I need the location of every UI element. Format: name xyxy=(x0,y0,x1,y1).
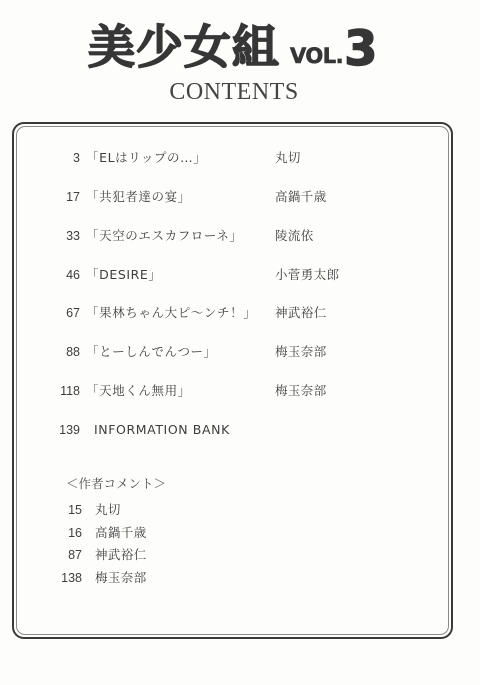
comment-page-number: 87 xyxy=(42,545,82,565)
comment-page-number: 15 xyxy=(42,500,82,520)
toc-story-title: 「とーしんでんつー」 xyxy=(86,342,217,362)
toc-story-title: 「ELはリップの…」 xyxy=(86,148,206,168)
toc-page-number: 3 xyxy=(40,148,80,168)
toc-entry[interactable]: 88 「とーしんでんつー」 梅玉奈部 xyxy=(0,342,480,362)
toc-author: 小菅勇太郎 xyxy=(275,265,340,285)
contents-heading: CONTENTS xyxy=(0,79,468,106)
toc-page-number: 46 xyxy=(40,265,80,285)
toc-entry[interactable]: 46 「DESIRE」 小菅勇太郎 xyxy=(0,265,480,285)
comment-entry[interactable]: 87 神武裕仁 xyxy=(0,545,480,565)
comment-entry[interactable]: 16 高鍋千歳 xyxy=(0,523,480,543)
toc-story-title: 「果林ちゃん大ピ〜ンチ！」 xyxy=(86,303,256,323)
comment-entry[interactable]: 15 丸切 xyxy=(0,500,480,520)
comment-author: 梅玉奈部 xyxy=(95,568,147,588)
toc-story-title: INFORMATION BANK xyxy=(94,420,230,440)
toc-author: 高鍋千歳 xyxy=(275,187,327,207)
toc-story-title: 「天地くん無用」 xyxy=(86,381,191,401)
toc-page-number: 67 xyxy=(40,303,80,323)
toc-author: 丸切 xyxy=(275,148,301,168)
toc-author: 梅玉奈部 xyxy=(275,381,327,401)
comment-author: 高鍋千歳 xyxy=(95,523,147,543)
comment-page-number: 138 xyxy=(42,568,82,588)
toc-entry[interactable]: 33 「天空のエスカフローネ」 陵流依 xyxy=(0,226,480,246)
toc-entry-information-bank[interactable]: 139 INFORMATION BANK xyxy=(0,420,480,440)
toc-page-number: 139 xyxy=(40,420,80,440)
toc-author: 陵流依 xyxy=(275,226,314,246)
toc-page-number: 118 xyxy=(40,381,80,401)
toc-story-title: 「共犯者達の宴」 xyxy=(86,187,191,207)
toc-entry[interactable]: 67 「果林ちゃん大ピ〜ンチ！」 神武裕仁 xyxy=(0,303,480,323)
toc-author: 梅玉奈部 xyxy=(275,342,327,362)
author-comments-heading: ＜作者コメント＞ xyxy=(66,474,166,494)
comment-author: 丸切 xyxy=(95,500,121,520)
magazine-title: 美少女組 VOL. 3 xyxy=(88,14,378,70)
comment-entry[interactable]: 138 梅玉奈部 xyxy=(0,568,480,588)
toc-page-number: 88 xyxy=(40,342,80,362)
title-text: 美少女組 xyxy=(88,24,280,70)
toc-author: 神武裕仁 xyxy=(275,303,327,323)
volume-label: VOL. xyxy=(290,46,343,67)
toc-entry[interactable]: 17 「共犯者達の宴」 高鍋千歳 xyxy=(0,187,480,207)
comment-page-number: 16 xyxy=(42,523,82,543)
toc-story-title: 「天空のエスカフローネ」 xyxy=(86,226,243,246)
toc-story-title: 「DESIRE」 xyxy=(86,265,162,285)
toc-entry[interactable]: 3 「ELはリップの…」 丸切 xyxy=(0,148,480,168)
table-of-contents-page: 美少女組 VOL. 3 CONTENTS 3 「ELはリップの…」 丸切 17 … xyxy=(0,0,480,685)
comment-author: 神武裕仁 xyxy=(95,545,147,565)
toc-page-number: 33 xyxy=(40,226,80,246)
volume-number: 3 xyxy=(344,29,377,70)
toc-entry[interactable]: 118 「天地くん無用」 梅玉奈部 xyxy=(0,381,480,401)
toc-page-number: 17 xyxy=(40,187,80,207)
